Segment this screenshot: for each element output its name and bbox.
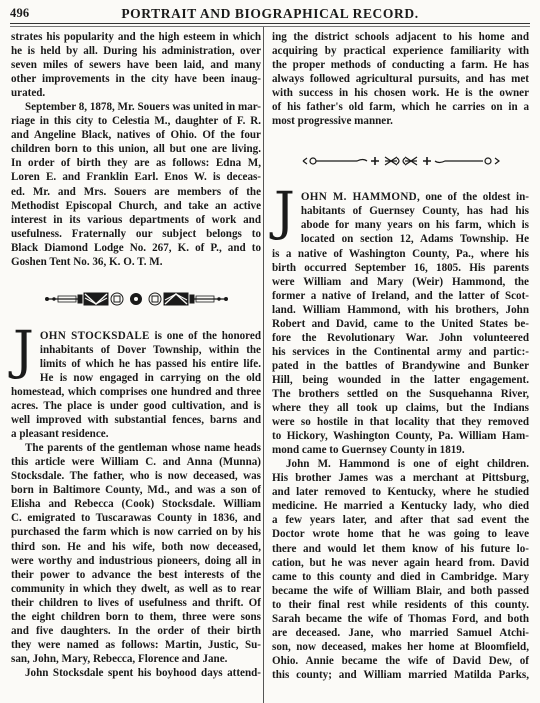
text-line: Ohio. Annie became the wife of David Dew…	[272, 654, 529, 668]
text-line: John Stocksdale spent his boyhood days a…	[11, 666, 261, 680]
text-line: medicine. He married a Kentucky lady, wh…	[272, 499, 529, 513]
text-line: located on section 12, Adams Township. H…	[272, 232, 529, 246]
text-line: their children to lives of usefulness an…	[11, 596, 261, 610]
text-line: purchased the farm which is now carried …	[11, 525, 261, 539]
text-line: san, John, Mary, Rebecca, Florence and J…	[11, 652, 261, 666]
text-line: well improved with substantial fences, b…	[11, 413, 261, 427]
text-line: community in which they dwelt, as well a…	[11, 582, 261, 596]
text-line: this county; and William married Matilda…	[272, 668, 529, 682]
text-line: where they all took up claims, but the I…	[272, 401, 529, 415]
text-line: riage in this city to Celestia M., daugh…	[11, 114, 261, 128]
text-line: September 8, 1878, Mr. Souers was united…	[11, 100, 261, 114]
text-line: and five daughters. In the order of thei…	[11, 624, 261, 638]
text-line: children born to this union, all but one…	[11, 142, 261, 156]
text-line: acquiring by practical experience famili…	[272, 44, 529, 58]
text-line: homestead, which comprises one hundred a…	[11, 385, 261, 399]
text-line: are deceased. Jane, who married Samuel A…	[272, 626, 529, 640]
text-line: a pleasant residence.	[11, 427, 261, 441]
subject-name: OHN M. HAMMOND	[301, 191, 417, 203]
text-line: The parents of the gentleman whose name …	[11, 441, 261, 455]
text-line: strates his popularity and the high este…	[11, 30, 261, 44]
text-line: were William and Mary (Weir) Hammond, th…	[272, 275, 529, 289]
running-title: PORTRAIT AND BIOGRAPHICAL RECORD.	[10, 6, 530, 22]
text-line: He is now engaged in carrying on the old	[11, 371, 261, 385]
text-line: mond came to Guernsey County in 1819.	[272, 443, 529, 457]
text-line: with success in his chosen work. He is t…	[272, 86, 529, 100]
text-line: His brother James was a merchant at Pitt…	[272, 471, 529, 485]
text-line: ed. Mr. and Mrs. Souers are members of t…	[11, 185, 261, 199]
text-line: usefulness. Fraternally our subject belo…	[11, 227, 261, 241]
text-line: The brothers settled on the Susquehanna …	[272, 387, 529, 401]
text-line: son, now deceased, makes her home at Blo…	[272, 640, 529, 654]
right-column: ing the district schools adjacent to his…	[272, 30, 529, 682]
text-line: Loren E. and Franklin Earl. Enos W. is d…	[11, 170, 261, 184]
text-line: were so hostile in that locality that th…	[272, 415, 529, 429]
left-column: strates his popularity and the high este…	[11, 30, 261, 680]
text-line: In order of birth they are as follows: E…	[11, 156, 261, 170]
text-line: interest in its various departments of w…	[11, 213, 261, 227]
text-line: is a native of Washington County, Pa., w…	[272, 247, 529, 261]
text-line: became the wife of William Blair, and bo…	[272, 584, 529, 598]
text-line: Hill, being wounded in the latter engage…	[272, 373, 529, 387]
header-rule	[10, 23, 530, 24]
text-line: most progressive manner.	[272, 114, 529, 128]
text-line: of his father's old farm, which he carri…	[272, 100, 529, 114]
text-line: the proper methods of conducting a farm.…	[272, 58, 529, 72]
text-line: their power to advance the best interest…	[11, 568, 261, 582]
text-line: birth occurred September 16, 1805. His p…	[272, 261, 529, 275]
hammond-biography-intro: J OHN M. HAMMOND, one of the oldest in- …	[272, 190, 529, 457]
text-line: John M. Hammond is one of eight children…	[272, 457, 529, 471]
geometric-divider-ornament-icon	[11, 269, 261, 329]
scroll-divider-ornament-icon	[272, 128, 529, 190]
text-line: and later removed to Kentucky, where he …	[272, 485, 529, 499]
text-line: land. William Hammond, with his brothers…	[272, 303, 529, 317]
text-line: other improvements in the city have been…	[11, 72, 261, 86]
text-line: his services in the Continental army and…	[272, 345, 529, 359]
text-line: a few years later, and after that sad ev…	[272, 513, 529, 527]
text-line: limits of which he has passed his entire…	[11, 357, 261, 371]
text-line: abode for many years on his farm, which …	[272, 218, 529, 232]
text-line: inhabitants of Dover Township, within th…	[11, 343, 261, 357]
page-header: 496 PORTRAIT AND BIOGRAPHICAL RECORD.	[10, 6, 530, 22]
souers-marriage-paragraph: September 8, 1878, Mr. Souers was united…	[11, 100, 261, 269]
text-line: Methodist Episcopal Church, and take an …	[11, 199, 261, 213]
text-line: urated.	[11, 86, 261, 100]
text-line: were worthy and industrious pioneers, do…	[11, 554, 261, 568]
text-line: C. emigrated to Tuscarawas County in 183…	[11, 511, 261, 525]
text-line: there and would let them know of his fut…	[272, 542, 529, 556]
header-rule-thin	[10, 26, 530, 27]
drop-cap: J	[13, 331, 34, 377]
text-line: came to this county and died in Cambridg…	[272, 570, 529, 584]
text-line: fore the Revolutionary War. John volunte…	[272, 331, 529, 345]
text-line: ing the district schools adjacent to his…	[272, 30, 529, 44]
stocksdale-continuation-paragraph: ing the district schools adjacent to his…	[272, 30, 529, 128]
text-line: seven miles of sewers have been laid, an…	[11, 58, 261, 72]
drop-cap: J	[274, 192, 295, 238]
text-line: Elisha and Rebecca (Cook) Stocksdale. Wi…	[11, 497, 261, 511]
stocksdale-parents-paragraph: The parents of the gentleman whose name …	[11, 441, 261, 666]
text-line: cation, but he was never again heard fro…	[272, 556, 529, 570]
text-line: Sarah became the wife of Thomas Ford, an…	[272, 612, 529, 626]
text-line: is one of the honored	[150, 330, 261, 342]
text-line: and Angeline Black, natives of Ohio. Of …	[11, 128, 261, 142]
text-line: , one of the oldest in-	[417, 191, 529, 203]
text-line: to their final rest while residents of t…	[272, 598, 529, 612]
text-line: pated in the battles of Brandywine and B…	[272, 359, 529, 373]
text-line: Black Diamond Lodge No. 267, K. of P., a…	[11, 241, 261, 255]
text-line: he is held by all. During his administra…	[11, 44, 261, 58]
text-line: Doctor wrote home that he was going to l…	[272, 527, 529, 541]
text-line: Goshen Tent No. 36, K. O. T. M.	[11, 255, 261, 269]
text-line: this article were William C. and Anna (M…	[11, 455, 261, 469]
text-line: born in Baltimore County, Md., and was a…	[11, 483, 261, 497]
souers-continuation-paragraph: strates his popularity and the high este…	[11, 30, 261, 100]
text-line: Stocksdale. The father, who is now decea…	[11, 469, 261, 483]
hammond-children-paragraph: John M. Hammond is one of eight children…	[272, 457, 529, 682]
text-line: third son. He and his wife, both now dec…	[11, 540, 261, 554]
stocksdale-boyhood-paragraph: John Stocksdale spent his boyhood days a…	[11, 666, 261, 680]
text-line: Robert and David, came to the United Sta…	[272, 317, 529, 331]
text-line: habitants of Guernsey County, has had hi…	[272, 204, 529, 218]
text-line: to Hickory, Washington County, Pa. Willi…	[272, 429, 529, 443]
text-line: always followed agricultural pursuits, a…	[272, 72, 529, 86]
subject-name: OHN STOCKSDALE	[40, 330, 150, 342]
text-line: the eight children born to them, three w…	[11, 610, 261, 624]
stocksdale-biography-intro: J OHN STOCKSDALE is one of the honored i…	[11, 329, 261, 441]
column-divider	[263, 27, 264, 703]
text-line: acres. The place is under good cultivati…	[11, 399, 261, 413]
text-line: former a native of Ireland, and the latt…	[272, 289, 529, 303]
text-line: they were named as follows: Martin, Just…	[11, 638, 261, 652]
